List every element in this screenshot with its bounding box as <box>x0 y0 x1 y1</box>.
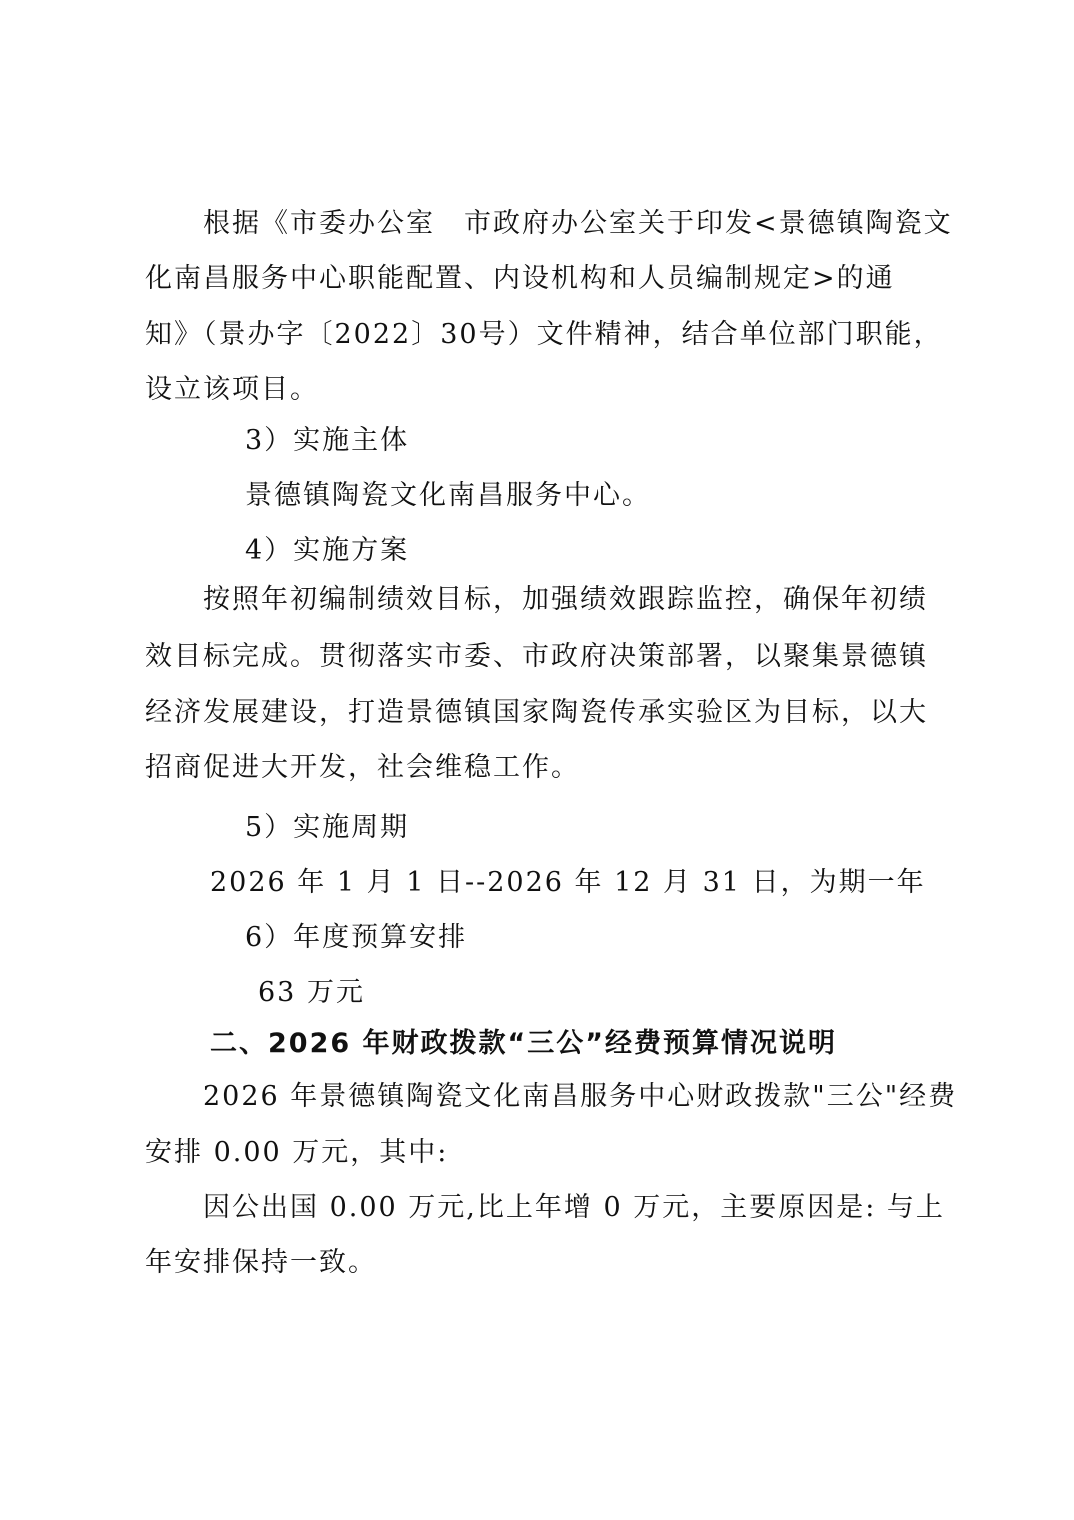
item5-heading: 5）实施周期 <box>245 811 409 845</box>
basis-line-3: 知》（景办字〔2022〕30号）文件精神，结合单位部门职能， <box>145 318 943 352</box>
item4-line-1: 按照年初编制绩效目标，加强绩效跟踪监控，确保年初绩 <box>203 583 928 617</box>
item4-heading: 4）实施方案 <box>245 534 409 568</box>
section2-p1-line-1: 2026 年景德镇陶瓷文化南昌服务中心财政拨款"三公"经费 <box>203 1080 957 1114</box>
item3-content: 景德镇陶瓷文化南昌服务中心。 <box>245 479 651 513</box>
basis-line-1: 根据《市委办公室 市政府办公室关于印发<景德镇陶瓷文 <box>203 207 953 241</box>
basis-line-4: 设立该项目。 <box>145 373 319 407</box>
item4-line-2: 效目标完成。贯彻落实市委、市政府决策部署，以聚集景德镇 <box>145 640 928 674</box>
item5-content: 2026 年 1 月 1 日--2026 年 12 月 31 日，为期一年 <box>210 866 926 900</box>
item3-heading: 3）实施主体 <box>245 424 409 458</box>
basis-line-2: 化南昌服务中心职能配置、内设机构和人员编制规定>的通 <box>145 262 895 296</box>
section2-title: 二、2026 年财政拨款“三公”经费预算情况说明 <box>210 1027 837 1061</box>
section2-p2-line-1: 因公出国 0.00 万元,比上年增 0 万元，主要原因是: 与上 <box>203 1191 945 1225</box>
item4-line-3: 经济发展建设，打造景德镇国家陶瓷传承实验区为目标，以大 <box>145 696 928 730</box>
section2-p2-line-2: 年安排保持一致。 <box>145 1246 377 1280</box>
item6-content: 63 万元 <box>258 976 365 1010</box>
item4-line-4: 招商促进大开发，社会维稳工作。 <box>145 751 580 785</box>
section2-p1-line-2: 安排 0.00 万元，其中: <box>145 1136 448 1170</box>
item6-heading: 6）年度预算安排 <box>245 921 467 955</box>
